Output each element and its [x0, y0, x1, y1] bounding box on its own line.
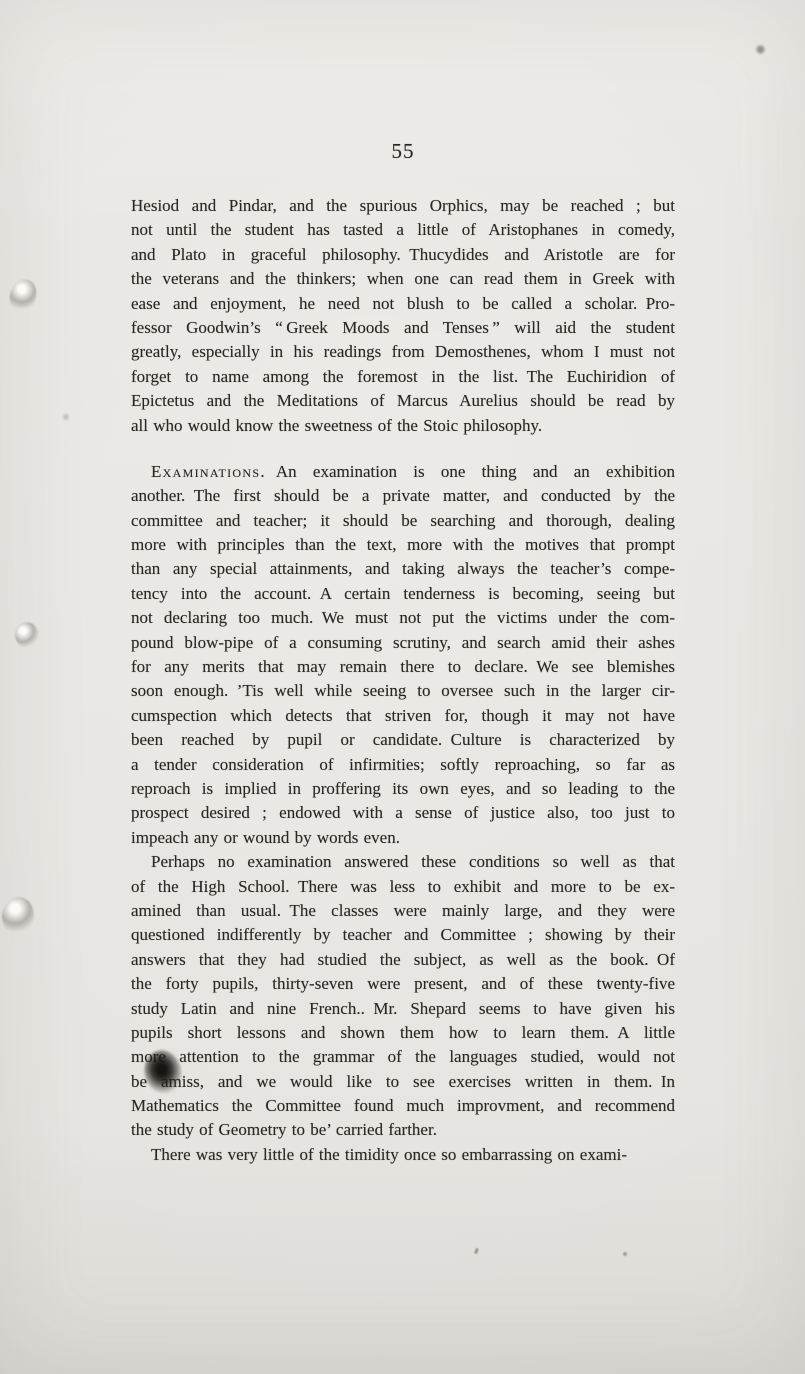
text-block: Hesiod and Pindar, and the spurious Orph… — [131, 194, 675, 1167]
text-line: There was very little of the timidity on… — [131, 1143, 675, 1167]
text-line: been reached by pupil or candidate. Cult… — [131, 728, 675, 752]
para-timidity: There was very little of the timidity on… — [131, 1143, 675, 1167]
text-line: not declaring too much. We must not put … — [131, 606, 675, 630]
text-line: all who would know the sweetness of the … — [131, 414, 675, 438]
text-line: amined than usual. The classes were main… — [131, 899, 675, 923]
text-line: Examinations.An examination is one thing… — [131, 460, 675, 484]
paper-dent-left-middle — [13, 620, 42, 650]
text-line: cumspection which detects that striven f… — [131, 704, 675, 728]
text-line: impeach any or wound by words even. — [131, 826, 675, 850]
text-line: Perhaps no examination answered these co… — [131, 850, 675, 874]
text-line: the study of Geometry to be’ carried far… — [131, 1118, 675, 1142]
text-line: more attention to the grammar of the lan… — [131, 1045, 675, 1069]
text-line: than any special attainments, and taking… — [131, 557, 675, 581]
text-line: ease and enjoyment, he need not blush to… — [131, 292, 675, 316]
text-line: a tender consideration of infirmities; s… — [131, 753, 675, 777]
text-line: Mathematics the Committee found much imp… — [131, 1094, 675, 1118]
paper-spot-top-right — [755, 44, 766, 55]
text-line: not until the student has tasted a littl… — [131, 218, 675, 242]
text-line: committee and teacher; it should be sear… — [131, 509, 675, 533]
text-line: Hesiod and Pindar, and the spurious Orph… — [131, 194, 675, 218]
para-continuation-greek-reading: Hesiod and Pindar, and the spurious Orph… — [131, 194, 675, 438]
paper-speck-bottom-1 — [474, 1248, 479, 1255]
text-line: greatly, especially in his readings from… — [131, 340, 675, 364]
text-line: reproach is implied in proffering its ow… — [131, 777, 675, 801]
text-line: pupils short lessons and shown them how … — [131, 1021, 675, 1045]
text-line: more with principles than the text, more… — [131, 533, 675, 557]
paper-dent-left-lower — [0, 895, 36, 937]
text-line: the forty pupils, thirty-seven were pres… — [131, 972, 675, 996]
text-line: answers that they had studied the subjec… — [131, 948, 675, 972]
paper-speck-left — [62, 413, 70, 421]
paper-dent-left-upper — [5, 276, 40, 316]
text-line: tency into the account. A certain tender… — [131, 582, 675, 606]
section-heading-smallcaps: Examinations. — [151, 462, 266, 481]
text-line: fessor Goodwin’s “ Greek Moods and Tense… — [131, 316, 675, 340]
scanned-book-page: 55 Hesiod and Pindar, and the spurious O… — [0, 0, 805, 1374]
text-line: pound blow-pipe of a consuming scrutiny,… — [131, 631, 675, 655]
text-line: for any merits that may remain there to … — [131, 655, 675, 679]
text-line: study Latin and nine French.. Mr. Shepar… — [131, 997, 675, 1021]
text-line: questioned indifferently by teacher and … — [131, 923, 675, 947]
text-line: forget to name among the foremost in the… — [131, 365, 675, 389]
text-line: be amiss, and we would like to see exerc… — [131, 1070, 675, 1094]
text-line: soon enough. ’Tis well while seeing to o… — [131, 679, 675, 703]
text-line: Epictetus and the Meditations of Marcus … — [131, 389, 675, 413]
text-line: another. The first should be a private m… — [131, 484, 675, 508]
para-high-school-examination: Perhaps no examination answered these co… — [131, 850, 675, 1143]
text-line: prospect desired ; endowed with a sense … — [131, 801, 675, 825]
paper-speck-bottom-2 — [623, 1252, 627, 1256]
page-number: 55 — [131, 139, 675, 164]
para-examinations: Examinations.An examination is one thing… — [131, 460, 675, 850]
text-line: the veterans and the thinkers; when one … — [131, 267, 675, 291]
text-line: of the High School. There was less to ex… — [131, 875, 675, 899]
text-line: and Plato in graceful philosophy. Thucyd… — [131, 243, 675, 267]
